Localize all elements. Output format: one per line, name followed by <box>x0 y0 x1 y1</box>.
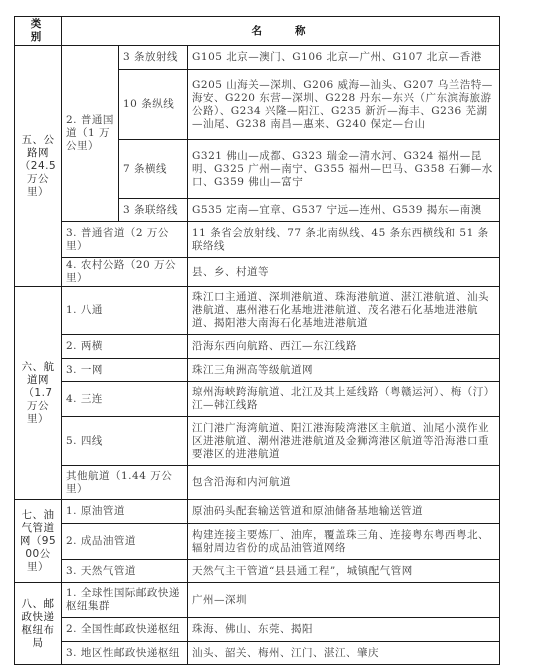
postal-content: 广州—深圳 <box>188 583 500 618</box>
section-pipeline: 七、油气管道网（9500公里） <box>15 500 62 583</box>
postal-content: 汕头、韶关、梅州、江门、湛江、肇庆 <box>188 642 500 665</box>
pipeline-content: 原油码头配套输送管道和原油储备基地输送管道 <box>188 500 500 524</box>
waterway-content: 珠江口主通道、深圳港航道、珠海港航道、湛江港航道、汕头港航道、惠州港石化基地进港… <box>188 287 500 335</box>
table-row: 3. 天然气管道 天然气主干管道“县县通工程”，城镇配气管网 <box>15 560 500 583</box>
table-row: 3. 一网 珠江三角洲高等级航道网 <box>15 359 500 382</box>
table-row: 5. 四线 江门港广海湾航道、阳江港海陵湾港区主航道、汕尾小漠作业区进港航道、潮… <box>15 417 500 466</box>
pipeline-content: 构建连接主要炼厂、油库，覆盖珠三角、连接粤东粤西粤北、辐射周边省份的成品油管道网… <box>188 524 500 560</box>
waterway-content: 沿海东西向航路、西江—东江线路 <box>188 335 500 359</box>
waterway-content: 琼州海峡跨海航道、北江及其上延线路（粤赣运河）、梅（汀）江—韩江线路 <box>188 382 500 417</box>
rural-road-label: 4. 农村公路（20 万公里） <box>62 258 188 287</box>
pipeline-label: 2. 成品油管道 <box>62 524 188 560</box>
section-subtitle: （9500公里） <box>25 535 56 573</box>
postal-label: 3. 地区性邮政快递枢纽 <box>62 642 188 665</box>
waterway-label: 2. 两横 <box>62 335 188 359</box>
waterway-label: 3. 一网 <box>62 359 188 382</box>
road-content: G105 北京—澳门、G106 北京—广州、G107 北京—香港 <box>188 46 500 70</box>
table-row: 3. 普通省道（2 万公里） 11 条省会放射线、77 条北南纵线、45 条东西… <box>15 222 500 258</box>
section-postal: 八、邮政快递枢纽布局 <box>15 583 62 665</box>
waterway-label: 4. 三连 <box>62 382 188 417</box>
section-subtitle: （24.5万公里） <box>20 160 56 198</box>
table-row: 2. 两横 沿海东西向航路、西江—东江线路 <box>15 335 500 359</box>
table-row: 七、油气管道网（9500公里） 1. 原油管道 原油码头配套输送管道和原油储备基… <box>15 500 500 524</box>
table-row: 八、邮政快递枢纽布局 1. 全球性国际邮政快递枢纽集群 广州—深圳 <box>15 583 500 618</box>
pipeline-label: 1. 原油管道 <box>62 500 188 524</box>
road-content: G321 佛山—成都、G323 瑞金—清水河、G324 福州—昆明、G325 广… <box>188 140 500 199</box>
table-row: 3. 地区性邮政快递枢纽 汕头、韶关、梅州、江门、湛江、肇庆 <box>15 642 500 665</box>
transport-network-table: 类 别 名 称 五、公路网（24.5万公里） 2. 普通国道（1 万公里） 3 … <box>14 16 500 665</box>
road-type: 10 条纵线 <box>119 70 188 140</box>
pipeline-content: 天然气主干管道“县县通工程”，城镇配气管网 <box>188 560 500 583</box>
table-row: 4. 农村公路（20 万公里） 县、乡、村道等 <box>15 258 500 287</box>
section-title: 六、航道网 <box>22 361 55 386</box>
road-content: G535 定南—宜章、G537 宁远—连州、G539 揭东—南澳 <box>188 199 500 222</box>
waterway-content: 包含沿海和内河航道 <box>188 466 500 500</box>
section-title: 五、公路网 <box>22 134 55 159</box>
waterway-label: 1. 八通 <box>62 287 188 335</box>
road-type: 3 条放射线 <box>119 46 188 70</box>
road-content: G205 山海关—深圳、G206 威海—汕头、G207 乌兰浩特—海安、G220… <box>188 70 500 140</box>
waterway-content: 珠江三角洲高等级航道网 <box>188 359 500 382</box>
postal-label: 2. 全国性邮政快递枢纽 <box>62 618 188 642</box>
road-type: 7 条横线 <box>119 140 188 199</box>
table-row: 4. 三连 琼州海峡跨海航道、北江及其上延线路（粤赣运河）、梅（汀）江—韩江线路 <box>15 382 500 417</box>
pipeline-label: 3. 天然气管道 <box>62 560 188 583</box>
header-name: 名 称 <box>62 17 500 46</box>
table-row: 六、航道网（1.7万公里） 1. 八通 珠江口主通道、深圳港航道、珠海港航道、湛… <box>15 287 500 335</box>
header-row: 类 别 名 称 <box>15 17 500 46</box>
table-row: 2. 成品油管道 构建连接主要炼厂、油库，覆盖珠三角、连接粤东粤西粤北、辐射周边… <box>15 524 500 560</box>
waterway-content: 江门港广海湾航道、阳江港海陵湾港区主航道、汕尾小漠作业区进港航道、潮州港进港航道… <box>188 417 500 466</box>
waterway-label: 其他航道（1.44 万公里） <box>62 466 188 500</box>
section-subtitle: （1.7万公里） <box>23 387 52 425</box>
table-row: 其他航道（1.44 万公里） 包含沿海和内河航道 <box>15 466 500 500</box>
provincial-road-content: 11 条省会放射线、77 条北南纵线、45 条东西横线和 51 条联络线 <box>188 222 500 258</box>
postal-content: 珠海、佛山、东莞、揭阳 <box>188 618 500 642</box>
table-row: 五、公路网（24.5万公里） 2. 普通国道（1 万公里） 3 条放射线 G10… <box>15 46 500 70</box>
postal-label: 1. 全球性国际邮政快递枢纽集群 <box>62 583 188 618</box>
rural-road-content: 县、乡、村道等 <box>188 258 500 287</box>
waterway-label: 5. 四线 <box>62 417 188 466</box>
national-road-label: 2. 普通国道（1 万公里） <box>62 46 119 222</box>
section-waterway: 六、航道网（1.7万公里） <box>15 287 62 500</box>
table-row: 2. 全国性邮政快递枢纽 珠海、佛山、东莞、揭阳 <box>15 618 500 642</box>
provincial-road-label: 3. 普通省道（2 万公里） <box>62 222 188 258</box>
section-highway: 五、公路网（24.5万公里） <box>15 46 62 287</box>
header-category: 类 别 <box>15 17 62 46</box>
road-type: 3 条联络线 <box>119 199 188 222</box>
